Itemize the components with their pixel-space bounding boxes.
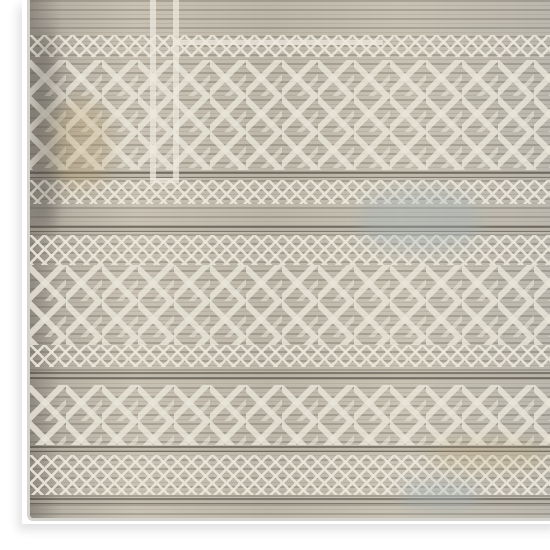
diamond-band: [30, 385, 550, 445]
gold-tint: [430, 440, 550, 470]
inner-border-vertical: [173, 0, 179, 180]
dark-stripe: [30, 172, 550, 178]
dark-tint: [30, 30, 60, 230]
zigzag-band: [30, 35, 550, 57]
dark-stripe: [30, 372, 550, 380]
slate-tint: [400, 480, 480, 510]
diamond-band: [30, 265, 550, 345]
rug: [27, 0, 550, 521]
inner-border-vertical: [150, 0, 156, 180]
slate-tint: [360, 190, 480, 250]
zigzag-band: [30, 345, 550, 367]
zigzag-band: [30, 235, 550, 265]
inner-border-horizontal: [150, 178, 179, 183]
inner-border-horizontal: [173, 40, 383, 45]
